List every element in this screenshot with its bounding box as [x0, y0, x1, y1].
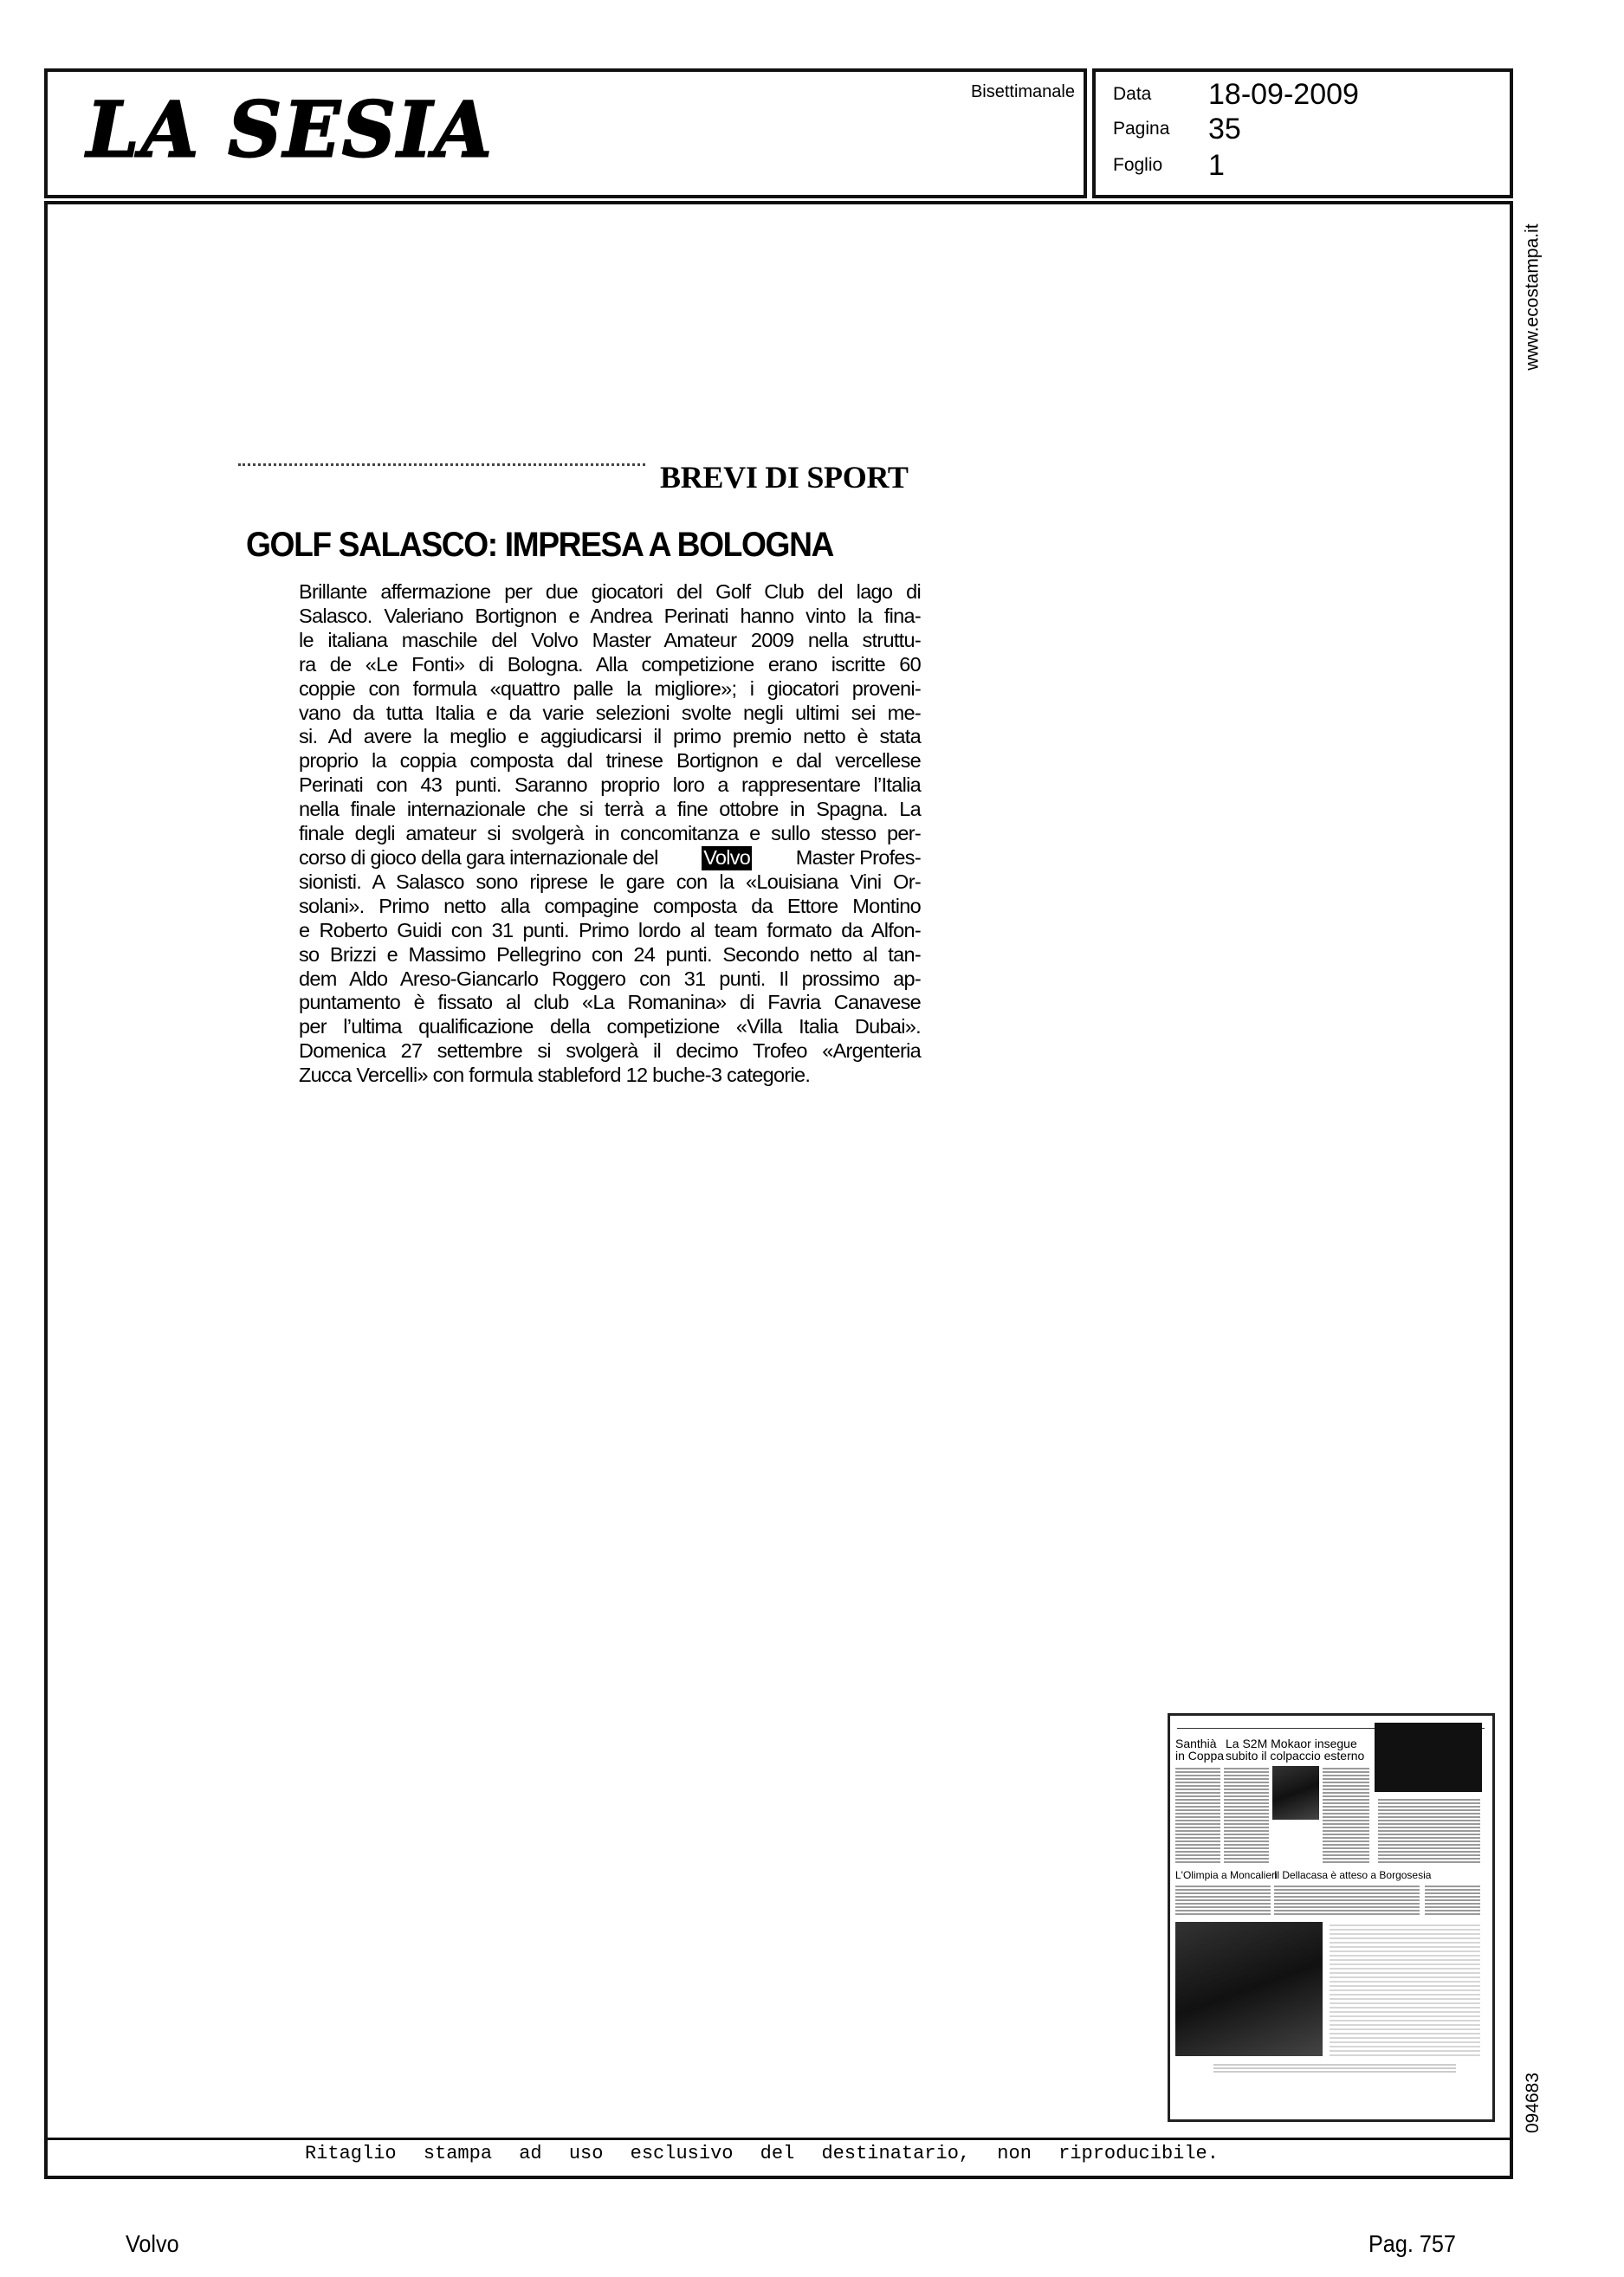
publication-logo: LA SESIA: [87, 93, 494, 169]
metadata-box: Data 18-09-2009 Pagina 35 Foglio 1: [1092, 68, 1513, 198]
side-id: 094683: [1516, 2074, 1550, 2131]
section-rule: [238, 463, 645, 466]
body-line: finale degli amateur si svolgerà in conc…: [299, 822, 921, 846]
thumb-ad-text: [1330, 1922, 1480, 2056]
page-number: Pag. 757: [1368, 2230, 1456, 2258]
meta-row-date: Data 18-09-2009: [1113, 77, 1359, 112]
meta-label: Pagina: [1113, 119, 1208, 139]
side-url-text: www.ecostampa.it: [1523, 223, 1543, 370]
body-line: nella finale internazionale che si terrà…: [299, 798, 921, 822]
body-line: coppie con formula «quattro palle la mig…: [299, 677, 921, 702]
body-line: puntamento è fissato al club «La Romanin…: [299, 991, 921, 1015]
thumb-column: [1175, 1884, 1271, 1915]
meta-value: 18-09-2009: [1208, 80, 1359, 109]
body-line: solani». Primo netto alla compagine comp…: [299, 895, 921, 919]
body-text: Master Profes-: [796, 846, 921, 870]
body-line: sionisti. A Salasco sono riprese le gare…: [299, 870, 921, 895]
body-text: corso di gioco della gara internazionale…: [299, 846, 658, 870]
meta-value: 35: [1208, 114, 1241, 144]
meta-value: 1: [1208, 151, 1225, 180]
disclaimer-divider: [44, 2138, 1513, 2140]
body-line: Perinati con 43 punti. Saranno proprio l…: [299, 773, 921, 798]
thumb-photo: [1272, 1766, 1319, 1820]
thumb-headline: in Coppa: [1175, 1749, 1224, 1763]
meta-row-sheet: Foglio 1: [1113, 148, 1225, 183]
disclaimer-text: Ritaglio stampa ad uso esclusivo del des…: [305, 2143, 1219, 2164]
section-title: BREVI DI SPORT: [660, 459, 909, 495]
thumb-column: [1425, 1884, 1480, 1915]
masthead-box: LA SESIA Bisettimanale: [44, 68, 1087, 198]
body-line: Domenica 27 settembre si svolgerà il dec…: [299, 1039, 921, 1064]
thumb-headline: L'Olimpia a Moncalieri: [1175, 1868, 1278, 1882]
thumb-column: [1323, 1766, 1369, 1863]
body-line: ra de «Le Fonti» di Bologna. Alla compet…: [299, 653, 921, 677]
client-name: Volvo: [126, 2230, 179, 2258]
keyword-highlight: Volvo: [702, 846, 752, 870]
side-id-text: 094683: [1523, 2073, 1543, 2133]
thumb-headline: Il Dellacasa è atteso a Borgosesia: [1274, 1868, 1431, 1882]
body-line: le italiana maschile del Volvo Master Am…: [299, 629, 921, 653]
thumb-column: [1224, 1766, 1269, 1863]
thumb-dark-box: [1375, 1723, 1482, 1792]
body-line: proprio la coppia composta dal trinese B…: [299, 749, 921, 773]
body-line-with-highlight: corso di gioco della gara internazionale…: [299, 846, 921, 870]
thumb-column: [1274, 1884, 1420, 1915]
body-line: Brillante affermazione per due giocatori…: [299, 580, 921, 605]
body-line: so Brizzi e Massimo Pellegrino con 24 pu…: [299, 943, 921, 967]
thumb-ad-footer: [1213, 2062, 1456, 2074]
body-line: per l’ultima qualificazione della compet…: [299, 1015, 921, 1039]
body-line: e Roberto Guidi con 31 punti. Primo lord…: [299, 919, 921, 943]
article-headline: GOLF SALASCO: IMPRESA A BOLOGNA: [246, 526, 833, 565]
meta-label: Data: [1113, 84, 1208, 105]
thumb-headline: subito il colpaccio esterno: [1226, 1749, 1364, 1763]
body-line: dem Aldo Areso-Giancarlo Roggero con 31 …: [299, 967, 921, 992]
thumb-ad-photo: [1175, 1922, 1323, 2056]
periodicity-label: Bisettimanale: [971, 82, 1075, 102]
meta-label: Foglio: [1113, 155, 1208, 176]
body-line: vano da tutta Italia e da varie selezion…: [299, 702, 921, 726]
page-thumbnail: Santhià in Coppa La S2M Mokaor insegue s…: [1168, 1713, 1495, 2122]
body-line: Zucca Vercelli» con formula stableford 1…: [299, 1064, 921, 1088]
thumb-column: [1378, 1797, 1480, 1863]
article-body: Brillante affermazione per due giocatori…: [299, 580, 921, 1088]
body-line: Salasco. Valeriano Bortignon e Andrea Pe…: [299, 605, 921, 629]
thumb-column: [1175, 1766, 1220, 1863]
body-line: si. Ad avere la meglio e aggiudicarsi il…: [299, 725, 921, 749]
side-url: www.ecostampa.it: [1516, 217, 1550, 377]
meta-row-page: Pagina 35: [1113, 112, 1241, 146]
